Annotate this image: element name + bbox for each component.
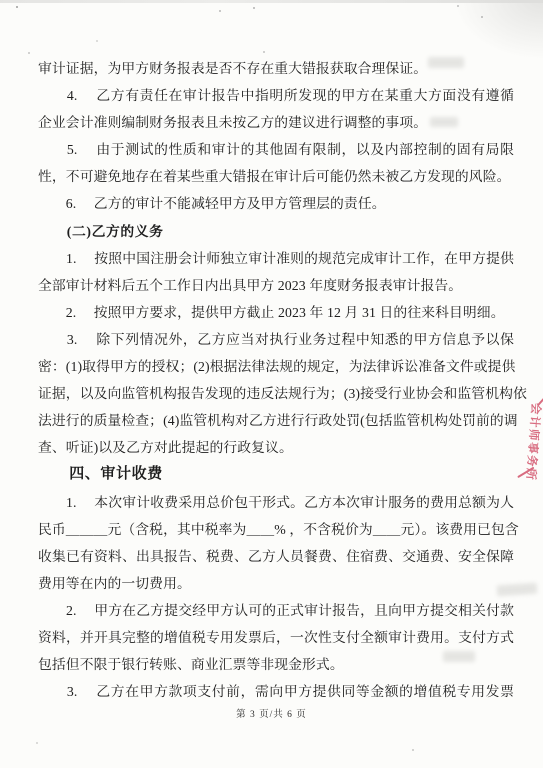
contract-line: 性，不可避免地存在着某些重大错报在审计后可能仍然未被乙方发现的风险。: [38, 163, 514, 190]
contract-line: 法进行的质量检查；(4)监管机构对乙方进行行政处罚(包括监管机构处罚前的调: [38, 407, 514, 434]
section-heading-party-b-obligations: (二)乙方的义务: [38, 218, 514, 245]
contract-line: 收集已有资料、出具报告、税费、乙方人员餐费、住宿费、交通费、安全保障: [38, 543, 514, 570]
scanned-contract-page: 审计证据，为甲方财务报表是否不存在重大错报获取合理保证。 4. 乙方有责任在审计…: [0, 0, 543, 768]
contract-line: 5. 由于测试的性质和审计的其他固有限制，以及内部控制的固有局限: [38, 136, 514, 163]
contract-line: 2. 按照甲方要求，提供甲方截止 2023 年 12 月 31 日的往来科目明细…: [38, 299, 514, 326]
contract-line-with-blanks: 民币＿＿＿元（含税，其中税率为＿＿% ，不含税价为＿＿元）。该费用已包含: [38, 516, 514, 543]
contract-line: 密：(1)取得甲方的授权；(2)根据法律法规的规定，为法律诉讼准备文件或提供: [38, 353, 514, 380]
contract-line: 全部审计材料后五个工作日内出具甲方 2023 年度财务报表审计报告。: [38, 272, 514, 299]
contract-line: 4. 乙方有责任在审计报告中指明所发现的甲方在某重大方面没有遵循: [38, 82, 514, 109]
section-heading-audit-fees: 四、审计收费: [38, 461, 514, 488]
red-seal-stamp: 会计师事务所: [511, 387, 543, 486]
contract-line: 资料，并开具完整的增值税专用发票后，一次性支付全额审计费用。支付方式: [38, 624, 514, 651]
contract-line: 3. 除下列情况外，乙方应当对执行业务过程中知悉的甲方信息予以保: [38, 326, 514, 353]
contract-line: 费用等在内的一切费用。: [38, 570, 514, 597]
contract-line: 审计证据，为甲方财务报表是否不存在重大错报获取合理保证。: [38, 55, 514, 82]
scan-noise: [0, 0, 2, 2]
contract-line: 1. 本次审计收费采用总价包干形式。乙方本次审计服务的费用总额为人: [38, 489, 514, 516]
contract-line: 6. 乙方的审计不能减轻甲方及甲方管理层的责任。: [38, 190, 514, 217]
contract-line: 证据，以及向监管机构报告发现的违反法规行为；(3)接受行业协会和监管机构依: [38, 380, 514, 407]
contract-line: 查、听证)以及乙方对此提起的行政复议。: [38, 434, 514, 461]
contract-line: 包括但不限于银行转账、商业汇票等非现金形式。: [38, 651, 514, 678]
contract-body: 审计证据，为甲方财务报表是否不存在重大错报获取合理保证。 4. 乙方有责任在审计…: [38, 55, 514, 705]
contract-line: 2. 甲方在乙方提交经甲方认可的正式审计报告，且向甲方提交相关付款: [38, 597, 514, 624]
contract-line: 1. 按照中国注册会计师独立审计准则的规范完成审计工作，在甲方提供: [38, 245, 514, 272]
contract-line: 3. 乙方在甲方款项支付前，需向甲方提供同等金额的增值税专用发票: [38, 678, 514, 705]
page-number: 第 3 页/共 6 页: [0, 706, 543, 720]
contract-line: 企业会计准则编制财务报表且未按乙方的建议进行调整的事项。: [38, 109, 514, 136]
